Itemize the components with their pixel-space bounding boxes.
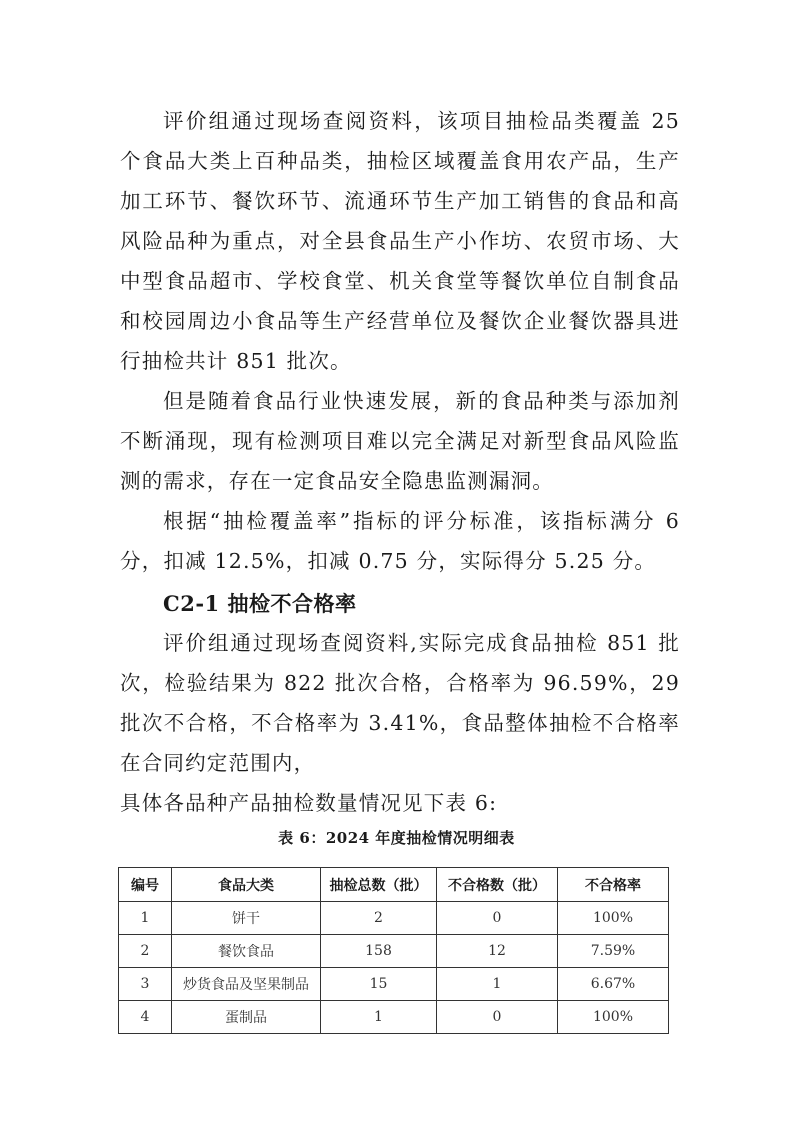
- paragraph-table-intro: 具体各品种产品抽检数量情况见下表 6:: [120, 783, 680, 823]
- paragraph-score: 根据“抽检覆盖率”指标的评分标准，该指标满分 6 分，扣减 12.5%，扣减 0…: [120, 501, 680, 581]
- cell-rate: 6.67%: [558, 968, 669, 1001]
- cell-total: 2: [321, 902, 437, 935]
- cell-id: 2: [119, 935, 172, 968]
- cell-category: 炒货食品及坚果制品: [172, 968, 321, 1001]
- table-row: 1 饼干 2 0 100%: [119, 902, 669, 935]
- cell-rate: 7.59%: [558, 935, 669, 968]
- cell-rate: 100%: [558, 902, 669, 935]
- header-failed: 不合格数（批）: [437, 868, 558, 902]
- paragraph-failure-rate: 评价组通过现场查阅资料,实际完成食品抽检 851 批次，检验结果为 822 批次…: [120, 623, 680, 783]
- header-rate: 不合格率: [558, 868, 669, 902]
- cell-failed: 0: [437, 1001, 558, 1034]
- paragraph-coverage: 评价组通过现场查阅资料，该项目抽检品类覆盖 25 个食品大类上百种品类，抽检区域…: [120, 101, 680, 381]
- cell-id: 1: [119, 902, 172, 935]
- cell-category: 饼干: [172, 902, 321, 935]
- cell-total: 1: [321, 1001, 437, 1034]
- header-category: 食品大类: [172, 868, 321, 902]
- cell-id: 3: [119, 968, 172, 1001]
- inspection-table: 编号 食品大类 抽检总数（批） 不合格数（批） 不合格率 1 饼干 2 0 10…: [118, 867, 669, 1034]
- cell-id: 4: [119, 1001, 172, 1034]
- document-page: 评价组通过现场查阅资料，该项目抽检品类覆盖 25 个食品大类上百种品类，抽检区域…: [0, 0, 793, 1122]
- header-total: 抽检总数（批）: [321, 868, 437, 902]
- cell-category: 蛋制品: [172, 1001, 321, 1034]
- paragraph-limitation: 但是随着食品行业快速发展，新的食品种类与添加剂不断涌现，现有检测项目难以完全满足…: [120, 381, 680, 501]
- table-header-row: 编号 食品大类 抽检总数（批） 不合格数（批） 不合格率: [119, 868, 669, 902]
- cell-total: 158: [321, 935, 437, 968]
- cell-failed: 1: [437, 968, 558, 1001]
- cell-failed: 0: [437, 902, 558, 935]
- cell-category: 餐饮食品: [172, 935, 321, 968]
- table-caption: 表 6：2024 年度抽检情况明细表: [0, 826, 793, 850]
- cell-rate: 100%: [558, 1001, 669, 1034]
- table-row: 3 炒货食品及坚果制品 15 1 6.67%: [119, 968, 669, 1001]
- cell-total: 15: [321, 968, 437, 1001]
- cell-failed: 12: [437, 935, 558, 968]
- table-row: 4 蛋制品 1 0 100%: [119, 1001, 669, 1034]
- table-row: 2 餐饮食品 158 12 7.59%: [119, 935, 669, 968]
- header-id: 编号: [119, 868, 172, 902]
- section-heading: C2-1 抽检不合格率: [163, 584, 356, 624]
